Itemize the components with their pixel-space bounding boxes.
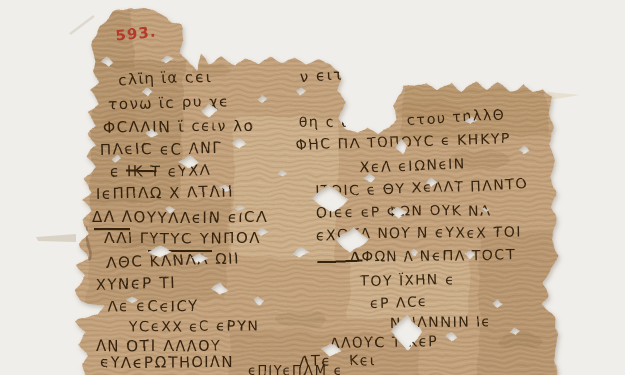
greek-text-line: ϵ ΙΚ Τ ϵΥΧΛ (110, 161, 213, 181)
paragraphos-stroke (126, 170, 156, 172)
greek-text-line: ΛΛΙ ΓΥΤΥϹ ΥΝΠΟΛ (104, 229, 261, 247)
greek-text-line: ϵΥΛϵΡΩΤΗΟΙΛΝ (100, 353, 235, 371)
greek-text-line: ϵΠΙΥϵΠΛΜ ϵ (248, 364, 343, 375)
paragraphos-stroke (318, 260, 362, 262)
paragraphos-stroke (94, 228, 130, 230)
greek-text-line: ΛΛΟΥϹ Τ ΚϵΡ (330, 334, 439, 352)
inventory-number-label: 593. (115, 22, 157, 44)
greek-text-line: ΦϹΛΛΙΝ ϊ ϲϵιν λο (104, 116, 255, 137)
greek-text-line: ΤΟΥ ΪΧΗΝ ϵ (359, 270, 456, 290)
greek-text-line: ΧΥΝϵΡ ΤΙ (96, 273, 176, 294)
papyrus-photograph: 593. ϲλϊη ϊα ϲϵι ν ϵιτ τονω ϊϲ ρυ χϵ ΦϹΛ… (0, 0, 625, 375)
greek-text-line: ΛΦΩΝ Λ ΝϵΠΛ ΤΟϹΤ (350, 247, 516, 266)
greek-text-line: ϵΡ ΛϹϵ (370, 295, 429, 312)
greek-text-line: ΠΛϵΙϹ ϵϹ ΛΝΓ (100, 139, 223, 159)
greek-text-line: Λϵ ϵϹϵΙϹΥ (108, 296, 199, 316)
greek-text-line: ΙϵΠΠΛΩ Χ ΛΤΛΠ (96, 183, 235, 203)
greek-text-line: ΥϹϵΧΧ ϵϹ ϵΡΥΝ (129, 318, 259, 336)
